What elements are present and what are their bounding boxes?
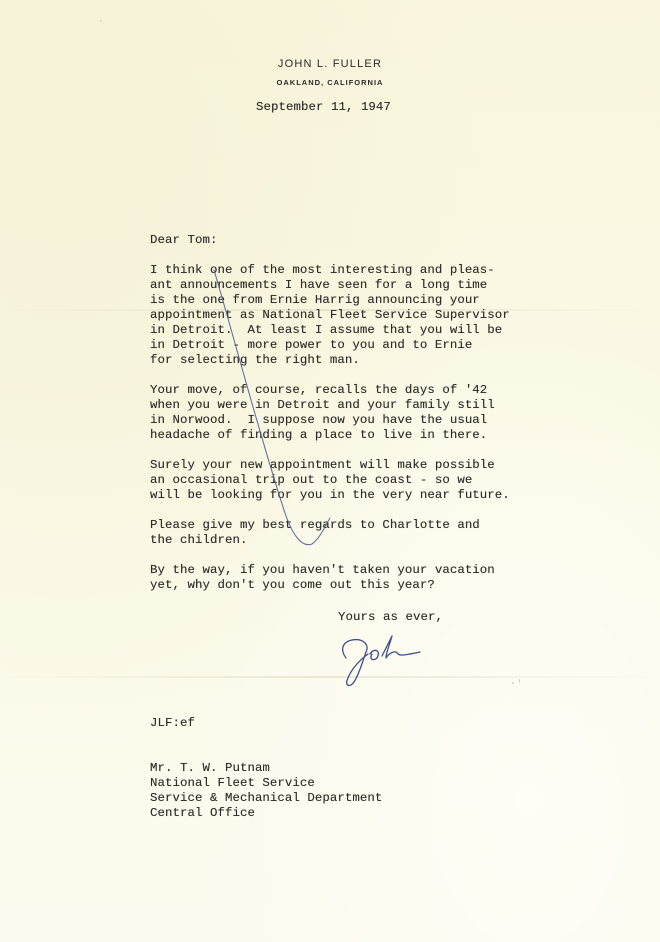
paragraph: Surely your new appointment will make po…: [150, 458, 510, 503]
text-line: Please give my best regards to Charlotte…: [150, 518, 480, 533]
address-line: Central Office: [150, 806, 382, 821]
text-line: for selecting the right man.: [150, 353, 510, 368]
paper-speck: [512, 682, 514, 684]
text-line: I think one of the most interesting and …: [150, 263, 510, 278]
paper-speck: [100, 20, 102, 22]
address-line: Service & Mechanical Department: [150, 791, 382, 806]
text-line: By the way, if you haven't taken your va…: [150, 563, 495, 578]
paper-speck: [519, 679, 520, 683]
recipient-address: Mr. T. W. PutnamNational Fleet ServiceSe…: [150, 761, 382, 821]
letterhead-name: JOHN L. FULLER: [0, 58, 660, 70]
text-line: an occasional trip out to the coast - so…: [150, 473, 510, 488]
text-line: appointment as National Fleet Service Su…: [150, 308, 510, 323]
text-line: yet, why don't you come out this year?: [150, 578, 495, 593]
paragraph: By the way, if you haven't taken your va…: [150, 563, 495, 593]
paragraph: Your move, of course, recalls the days o…: [150, 383, 495, 443]
text-line: in Norwood. I suppose now you have the u…: [150, 413, 495, 428]
text-line: the children.: [150, 533, 480, 548]
text-line: headache of finding a place to live in t…: [150, 428, 495, 443]
paragraph: I think one of the most interesting and …: [150, 263, 510, 368]
paper-fold-line: [0, 676, 660, 678]
text-line: is the one from Ernie Harrig announcing …: [150, 293, 510, 308]
text-line: in Detroit - more power to you and to Er…: [150, 338, 510, 353]
closing: Yours as ever,: [338, 610, 443, 625]
address-line: Mr. T. W. Putnam: [150, 761, 382, 776]
letterhead-city: OAKLAND, CALIFORNIA: [0, 78, 660, 87]
text-line: in Detroit. At least I assume that you w…: [150, 323, 510, 338]
address-line: National Fleet Service: [150, 776, 382, 791]
text-line: Surely your new appointment will make po…: [150, 458, 510, 473]
letter-date: September 11, 1947: [256, 100, 391, 115]
paragraph: Please give my best regards to Charlotte…: [150, 518, 480, 548]
reference-initials: JLF:ef: [150, 716, 195, 731]
text-line: will be looking for you in the very near…: [150, 488, 510, 503]
salutation: Dear Tom:: [150, 233, 217, 248]
text-line: Your move, of course, recalls the days o…: [150, 383, 495, 398]
text-line: when you were in Detroit and your family…: [150, 398, 495, 413]
text-line: ant announcements I have seen for a long…: [150, 278, 510, 293]
